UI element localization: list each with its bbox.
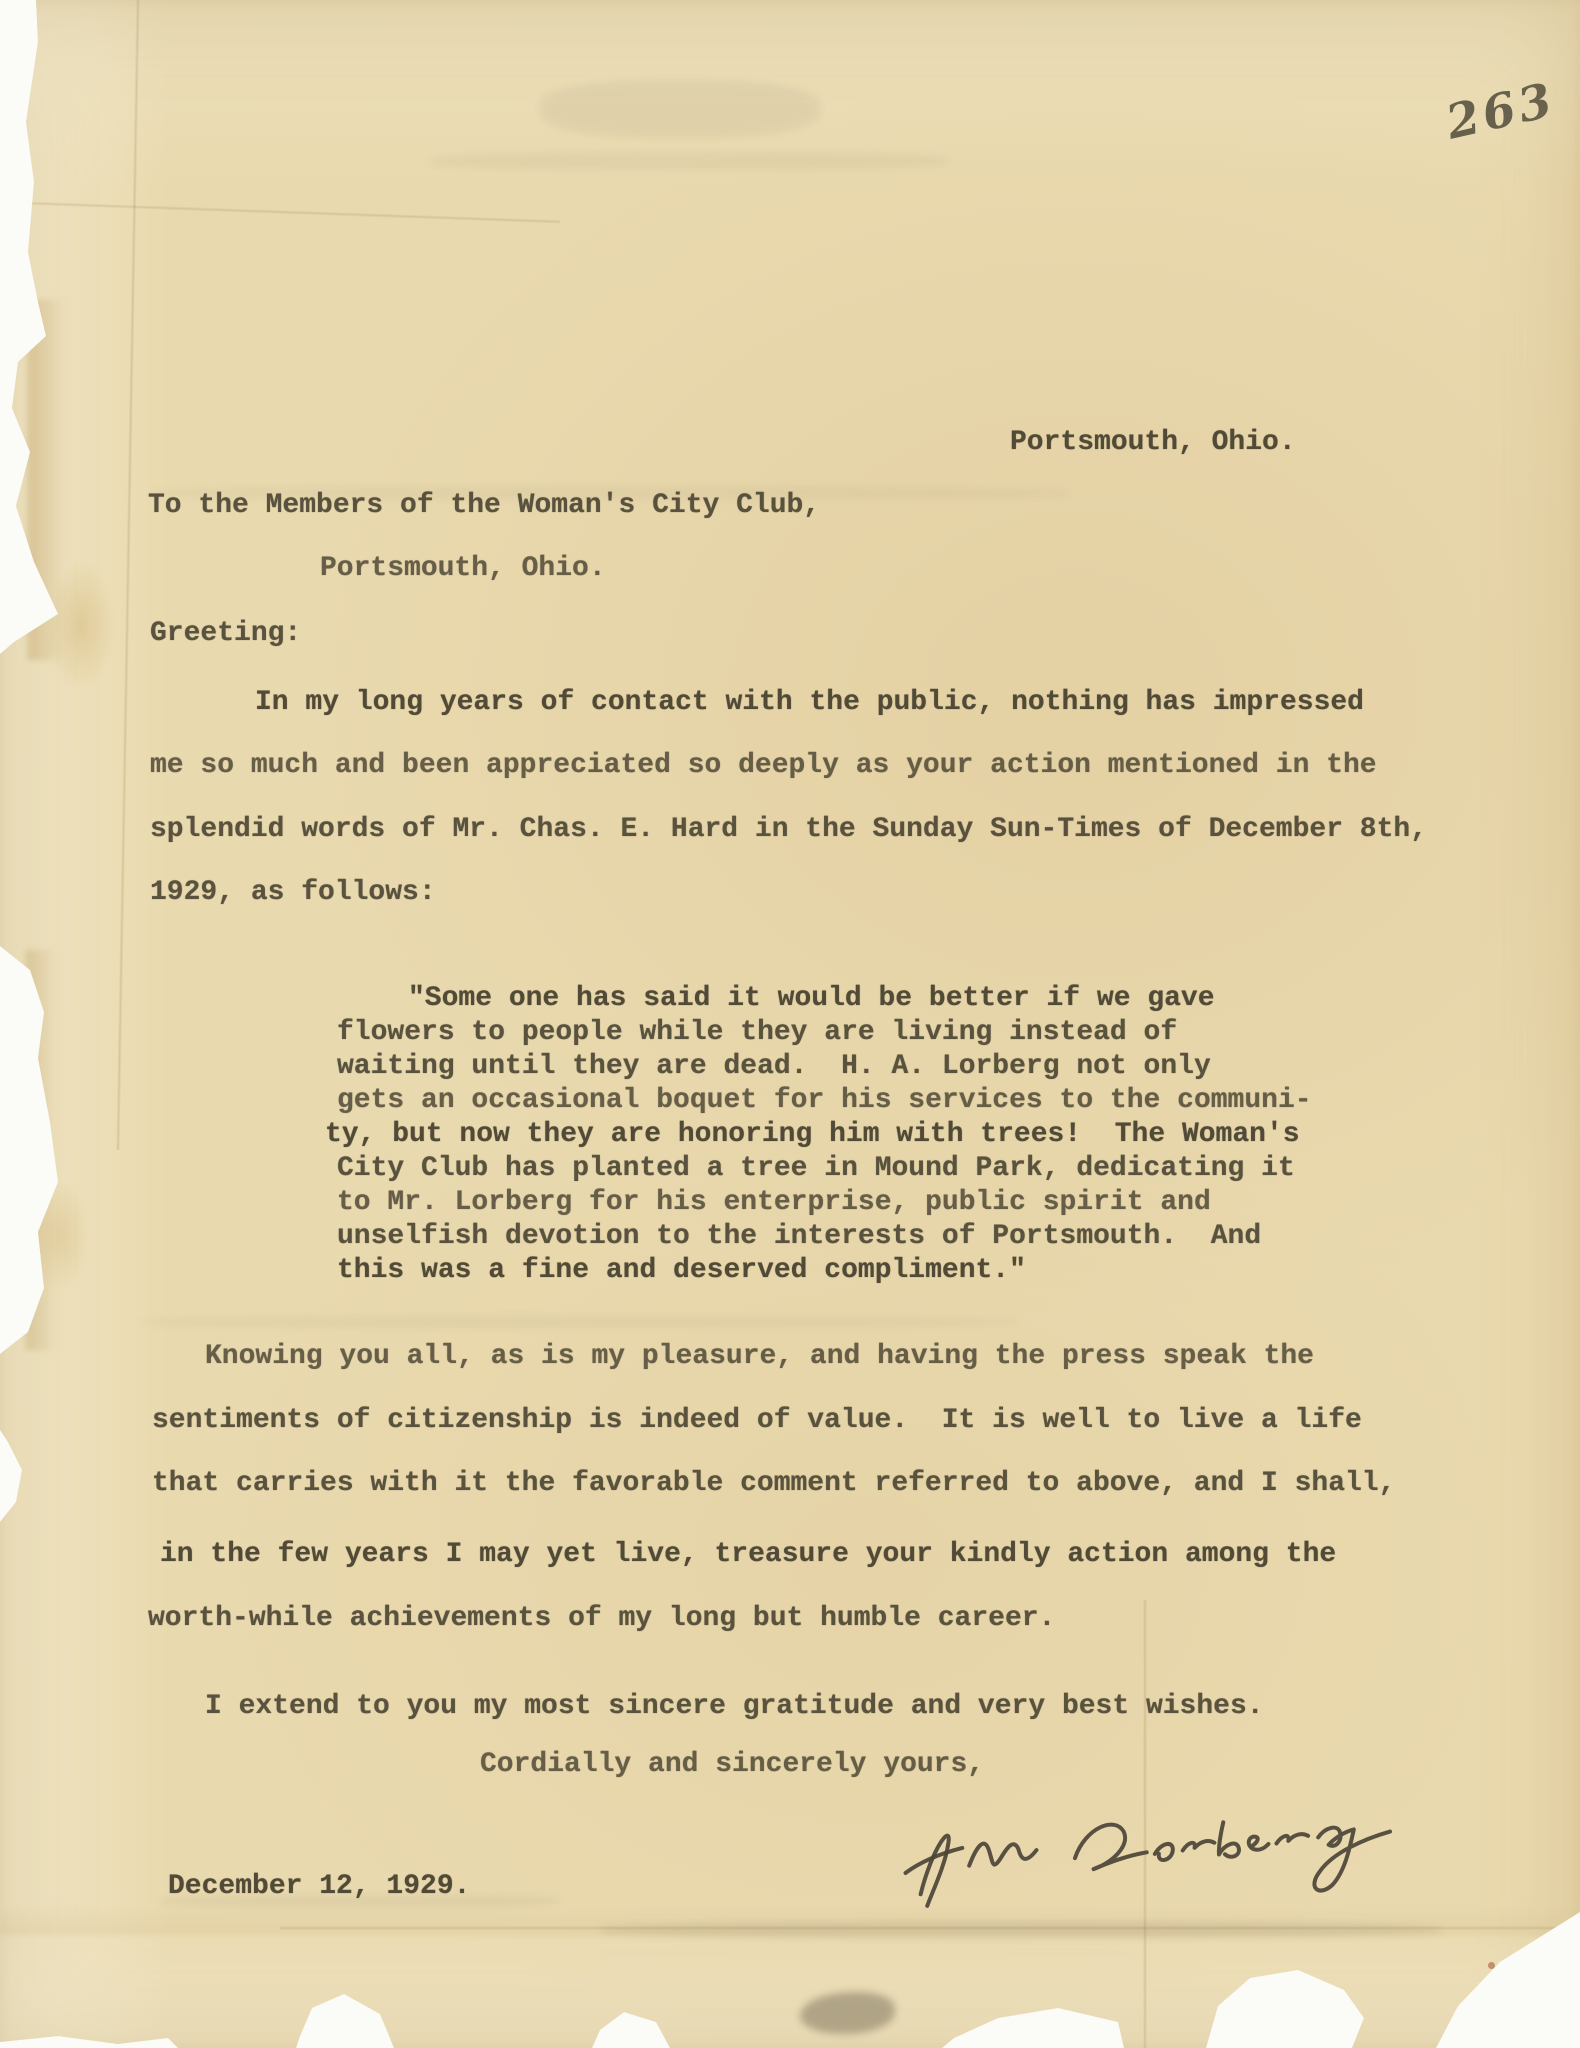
paper-sheet: Portsmouth, Ohio. To the Members of the … <box>0 0 1580 2048</box>
quote-line: gets an occasional boquet for his servic… <box>337 1086 1312 1116</box>
quote-line: City Club has planted a tree in Mound Pa… <box>337 1154 1295 1184</box>
body-line: In my long years of contact with the pub… <box>255 688 1364 718</box>
body-line: splendid words of Mr. Chas. E. Hard in t… <box>150 815 1427 845</box>
signature <box>900 1783 1406 1931</box>
recipient-line: To the Members of the Woman's City Club, <box>148 491 820 521</box>
quote-line: to Mr. Lorberg for his enterprise, publi… <box>337 1188 1211 1218</box>
letter-text: Portsmouth, Ohio. To the Members of the … <box>0 0 1580 2048</box>
body-line: sentiments of citizenship is indeed of v… <box>152 1406 1362 1436</box>
body-line: me so much and been appreciated so deepl… <box>150 751 1377 781</box>
dateline: Portsmouth, Ohio. <box>1010 428 1296 458</box>
recipient-line: Portsmouth, Ohio. <box>320 554 606 584</box>
gratitude-line: I extend to you my most sincere gratitud… <box>205 1692 1264 1722</box>
body-line: Knowing you all, as is my pleasure, and … <box>205 1342 1314 1372</box>
quote-line: waiting until they are dead. H. A. Lorbe… <box>337 1052 1211 1082</box>
body-line: 1929, as follows: <box>150 878 436 908</box>
signature-stroke <box>900 1783 1406 1931</box>
quote-line: "Some one has said it would be better if… <box>408 984 1215 1014</box>
body-line: in the few years I may yet live, treasur… <box>160 1540 1336 1570</box>
scanned-letter: Portsmouth, Ohio. To the Members of the … <box>0 0 1580 2048</box>
quote-line: unselfish devotion to the interests of P… <box>337 1222 1261 1252</box>
body-line: that carries with it the favorable comme… <box>152 1469 1395 1499</box>
date-line: December 12, 1929. <box>168 1872 470 1902</box>
body-line: worth-while achievements of my long but … <box>148 1604 1055 1634</box>
valediction: Cordially and sincerely yours, <box>480 1750 984 1780</box>
quote-line: flowers to people while they are living … <box>337 1018 1177 1048</box>
quote-line: ty, but now they are honoring him with t… <box>325 1120 1300 1150</box>
quote-line: this was a fine and deserved compliment.… <box>337 1256 1026 1286</box>
salutation: Greeting: <box>150 619 301 649</box>
